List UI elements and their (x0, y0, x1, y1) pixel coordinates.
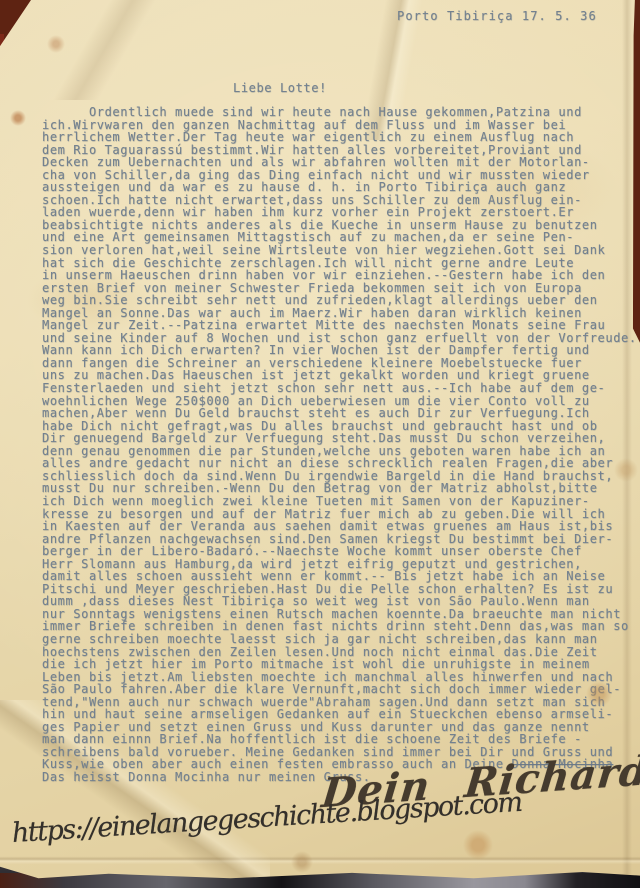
letter-body-line: alles andre gedacht nur nicht an diese s… (42, 457, 638, 470)
letter-body-line: hin und haut seine armseligen Gedanken a… (42, 708, 638, 721)
letter-body-line: Ordentlich muede sind wir heute nach Hau… (42, 106, 638, 119)
letter-body-line: weg bin.Sie schreibt sehr nett und zufri… (42, 294, 638, 307)
letter-body-line: in Kaesten auf der Veranda aus saehen da… (42, 520, 638, 533)
letter-paper: Porto Tibiriça 17. 5. 36 Liebe Lotte! Or… (0, 0, 640, 888)
letter-body-line: aussteigen und da war es zu hause d. h. … (42, 181, 638, 194)
letter-body-line: gerne schreiben moechte laesst sich ja g… (42, 633, 638, 646)
scanned-letter-page: Porto Tibiriça 17. 5. 36 Liebe Lotte! Or… (0, 0, 640, 888)
letter-body-line: sion verloren hat,weil seine Wirtsleute … (42, 244, 638, 257)
salutation: Liebe Lotte! (233, 81, 327, 95)
letter-body: Ordentlich muede sind wir heute nach Hau… (42, 106, 638, 784)
dateline: Porto Tibiriça 17. 5. 36 (397, 9, 597, 23)
letter-body-line: man dann einnn Brief.Na hoffentlich ist … (42, 733, 638, 746)
letter-body-line: Decken zum Uebernachten und als wir abfa… (42, 156, 638, 169)
letter-body-line: ich Dich wenn moeglich zwei kleine Tuete… (42, 495, 638, 508)
letter-body-line: Mangel zur Zeit.--Patzina erwartet Mitte… (42, 319, 638, 332)
letter-body-line: in unserm Haeuschen drinn haben vor wir … (42, 269, 638, 282)
watermark-url: https://einelangegeschichte.blogspot.com (11, 789, 482, 849)
letter-body-line: die ich jetzt hier im Porto mitmache ist… (42, 658, 638, 671)
letter-body-line: machen,Aber wenn Du Geld brauchst steht … (42, 407, 638, 420)
letter-body-line: herrlichem Wetter.Der Tag heute war eige… (42, 131, 638, 144)
letter-body-line: Dir genuegend Bargeld zur Verfuegung ste… (42, 432, 638, 445)
letter-body-line: damit alles schoen aussieht wenn er komm… (42, 570, 638, 583)
letter-body-line: berger in der Libero-Badaró.--Naechste W… (42, 545, 638, 558)
letter-body-line: dumm ,dass dieses Nest Tibiriça so weit … (42, 595, 638, 608)
scan-bottom-edge (0, 873, 640, 888)
letter-body-line: Fensterlaeden und sieht jetzt schon sehr… (42, 382, 638, 395)
letter-body-line: São Paulo fahren.Aber die klare Vernunft… (42, 683, 638, 696)
